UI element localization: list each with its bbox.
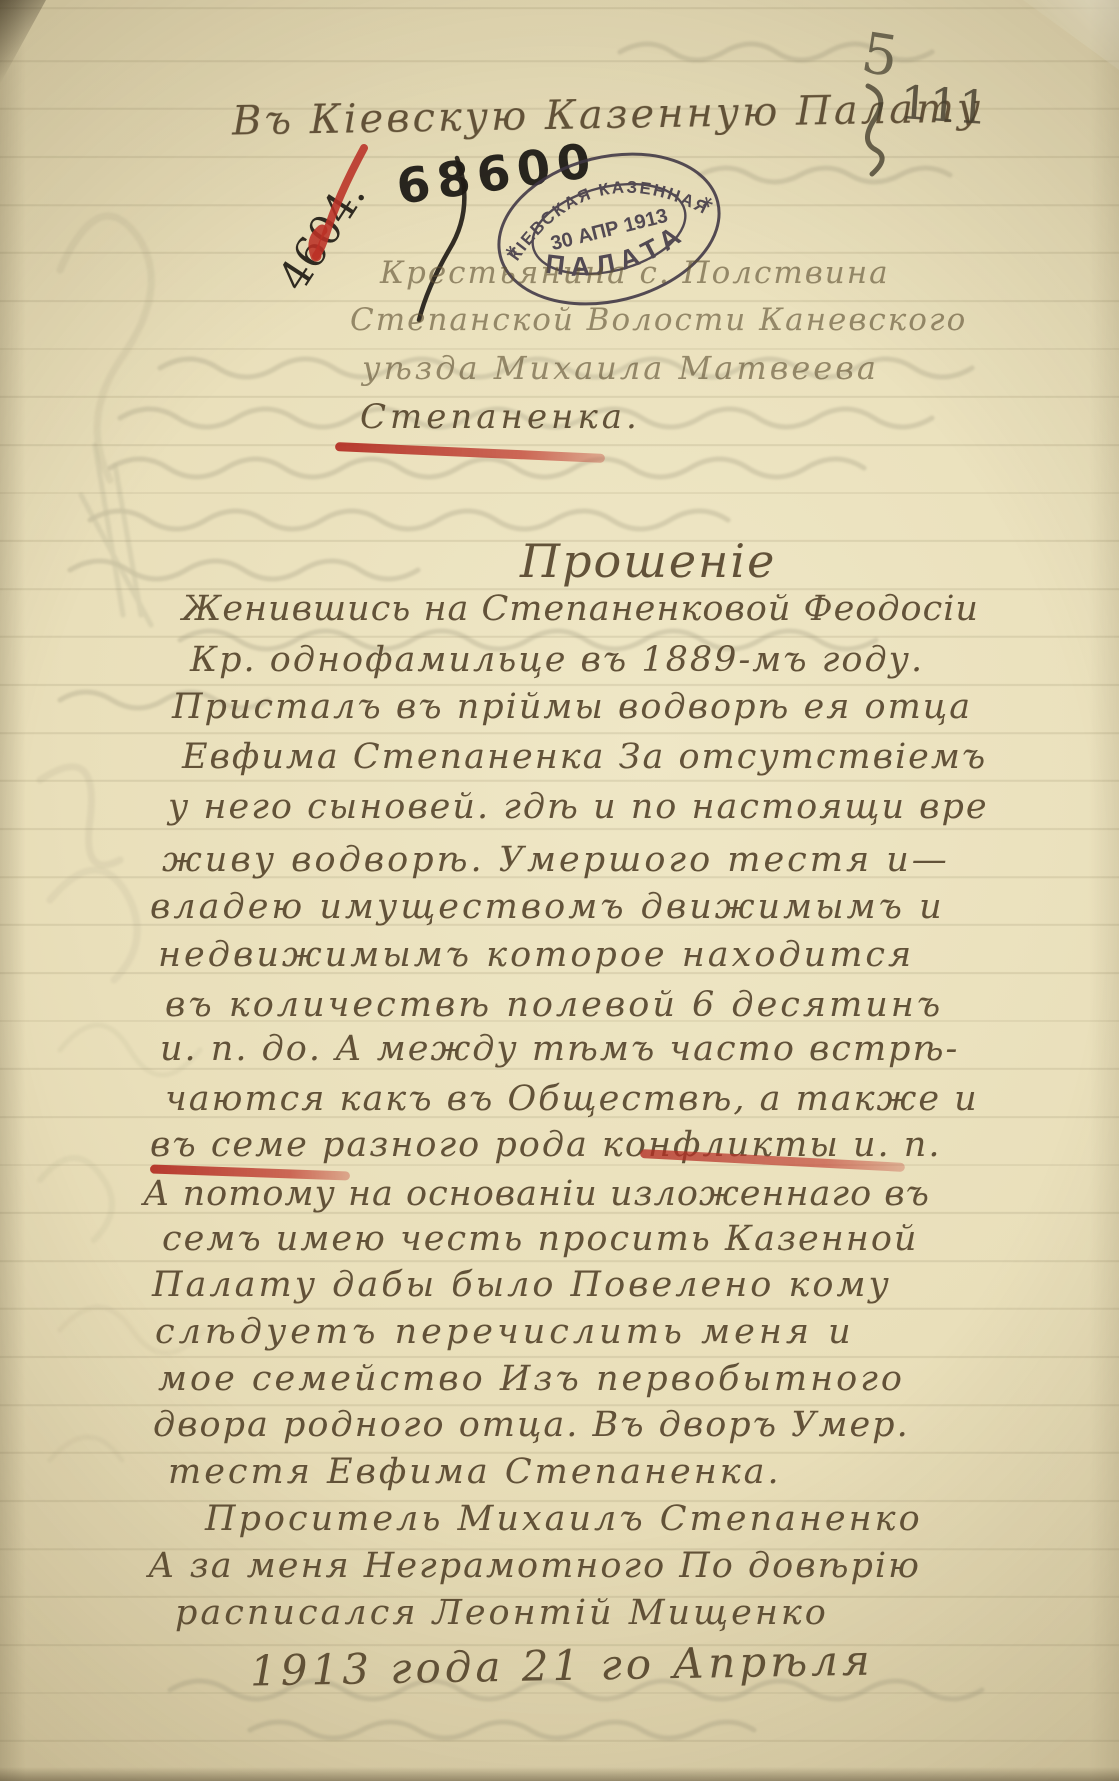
petition-line: Женившись на Степаненковой Феодосіи: [182, 592, 979, 627]
petition-line: А потому на основаніи изложеннаго въ: [143, 1177, 930, 1212]
folio-flourish: [838, 78, 908, 178]
petition-line: тестя Евфима Степаненка.: [168, 1455, 782, 1490]
petition-line: въ количествѣ полевой 6 десятинъ: [165, 988, 943, 1023]
petition-line: семъ имею честь просить Казенной: [162, 1222, 918, 1257]
petition-line: слѣдуетъ перечислить меня и: [155, 1315, 855, 1350]
signature-line: Проситель Михаилъ Степаненко: [205, 1502, 923, 1537]
sender-line: Крестьянина с. Полствина: [380, 258, 890, 289]
petition-line: Кр. однофамильце въ 1889-мъ году.: [190, 643, 924, 678]
sender-surname: Степаненка.: [360, 400, 641, 434]
petition-line: Евфима Степаненка За отсутствіемъ: [182, 740, 987, 775]
folio-number: 111: [899, 79, 990, 131]
sender-line: уѣзда Михаила Матвеева: [362, 352, 879, 384]
petition-line: недвижимымъ которое находится: [158, 938, 914, 973]
petition-line: Присталъ въ пріймы водворѣ ея отца: [172, 690, 972, 725]
petition-line: и. п. до. А между тѣмъ часто встрѣ-: [160, 1032, 959, 1067]
signature-line: А за меня Неграмотного По довѣрію: [148, 1549, 921, 1584]
signature-line: расписался Леонтій Мищенко: [175, 1596, 829, 1631]
petition-line: мое семейство Изъ первобытного: [158, 1362, 905, 1397]
petition-line: двора родного отца. Въ дворъ Умер.: [153, 1408, 910, 1443]
date-line: 1913 года 21 го Апрѣля: [250, 1640, 874, 1693]
petition-line: владею имуществомъ движимымъ и: [150, 890, 945, 925]
petition-title: Прошеніе: [520, 538, 776, 584]
petition-line: Палату дабы было Повелено кому: [152, 1268, 892, 1303]
red-check-mark: [300, 140, 390, 270]
sender-line: Степанской Волости Каневского: [350, 305, 967, 336]
petition-line: чаются какъ въ Обществѣ, а также и: [165, 1082, 979, 1117]
petition-line: живу водворѣ. Умершого тестя и—: [162, 843, 950, 878]
petition-line: у него сыновей. гдѣ и по настоящи вре: [168, 790, 989, 825]
document-page: Въ Кіевскую Казенную Палату 5 111 4604. …: [0, 0, 1119, 1781]
